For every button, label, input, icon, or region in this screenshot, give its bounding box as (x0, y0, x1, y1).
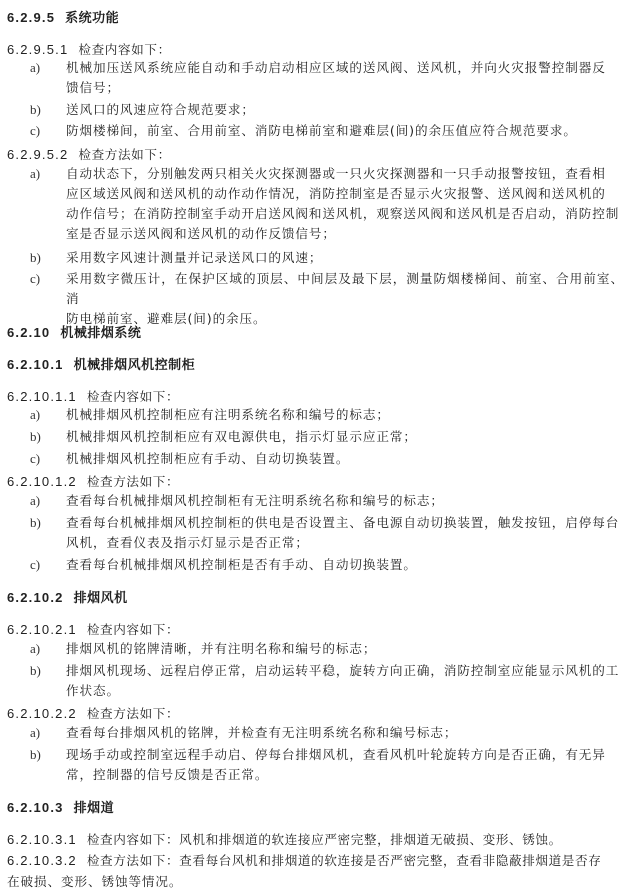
section-title: 检查内容如下： (87, 389, 179, 404)
item-line: 防烟楼梯间，前室、合用前室、消防电梯前室和避难层(间)的余压值应符合规范要求。 (66, 121, 624, 141)
section-text-continuation: 在破损、变形、锈蚀等情况。 (7, 873, 182, 890)
item-text: 防烟楼梯间，前室、合用前室、消防电梯前室和避难层(间)的余压值应符合规范要求。 (66, 121, 624, 141)
section-number: 6.2.10.2 (7, 590, 64, 605)
item-line: 室是否显示送风阀和送风机的动作反馈信号； (66, 224, 624, 244)
section-title: 排烟风机 (74, 591, 128, 606)
item-mark: c) (30, 555, 60, 575)
item-text: 排烟风机的铭牌清晰，并有注明名称和编号的标志； (66, 639, 624, 659)
item-line: 排烟风机的铭牌清晰，并有注明名称和编号的标志； (66, 639, 624, 659)
section-title: 排烟道 (74, 801, 115, 816)
item-text: 送风口的风速应符合规范要求； (66, 100, 624, 120)
item-text: 查看每台排烟风机的铭牌，并检查有无注明系统名称和编号标志； (66, 723, 624, 743)
section-heading-6-2-10-1: 6.2.10.1机械排烟风机控制柜 (7, 356, 195, 373)
subsection-6-2-10-3-1: 6.2.10.3.1检查内容如下：风机和排烟道的软连接应严密完整，排烟道无破损、… (7, 831, 562, 848)
section-number: 6.2.10.1.1 (7, 389, 77, 404)
item-text: 机械加压送风系统应能自动和手动启动相应区域的送风阀、送风机，并向火灾报警控制器反… (66, 58, 624, 98)
item-line: 送风口的风速应符合规范要求； (66, 100, 624, 120)
section-number: 6.2.10.3 (7, 800, 64, 815)
section-number: 6.2.9.5.2 (7, 147, 68, 162)
item-line: 查看每台排烟风机的铭牌，并检查有无注明系统名称和编号标志； (66, 723, 624, 743)
section-number: 6.2.10.3.2 (7, 853, 77, 868)
item-mark: a) (30, 639, 60, 659)
section-number: 6.2.10.2.1 (7, 622, 77, 637)
item-line: 采用数字微压计，在保护区域的顶层、中间层及最下层，测量防烟楼梯间、前室、合用前室… (66, 269, 624, 309)
item-line: 防电梯前室、避难层(间)的余压。 (66, 309, 624, 329)
item-line: 动作信号；在消防控制室手动开启送风阀和送风机，观察送风阀和送风机是否启动，消防控… (66, 204, 624, 224)
item-mark: b) (30, 427, 60, 447)
item-mark: b) (30, 248, 60, 268)
item-line: 馈信号； (66, 78, 624, 98)
section-number: 6.2.10 (7, 325, 50, 340)
item-line: 机械排烟风机控制柜应有双电源供电，指示灯显示应正常； (66, 427, 624, 447)
item-mark: c) (30, 121, 60, 141)
section-number: 6.2.9.5 (7, 10, 55, 25)
item-line: 自动状态下，分别触发两只相关火灾探测器或一只火灾探测器和一只手动报警按钮，查看相 (66, 164, 624, 184)
item-text: 采用数字风速计测量并记录送风口的风速； (66, 248, 624, 268)
item-line: 应区域送风阀和送风机的动作动作情况，消防控制室是否显示火灾报警、送风阀和送风机的 (66, 184, 624, 204)
item-line: 排烟风机现场、远程启停正常，启动运转平稳，旋转方向正确，消防控制室应能显示风机的… (66, 661, 624, 681)
item-line: 作状态。 (66, 681, 624, 701)
item-text: 机械排烟风机控制柜应有手动、自动切换装置。 (66, 449, 624, 469)
item-mark: b) (30, 513, 60, 533)
section-heading-6-2-9-5: 6.2.9.5系统功能 (7, 9, 119, 26)
item-mark: a) (30, 723, 60, 743)
item-mark: b) (30, 661, 60, 681)
item-text: 机械排烟风机控制柜应有注明系统名称和编号的标志； (66, 405, 624, 425)
subsection-6-2-9-5-1: 6.2.9.5.1检查内容如下： (7, 41, 171, 58)
section-number: 6.2.9.5.1 (7, 42, 68, 57)
item-text: 机械排烟风机控制柜应有双电源供电，指示灯显示应正常； (66, 427, 624, 447)
item-mark: a) (30, 491, 60, 511)
subsection-6-2-10-3-2: 6.2.10.3.2检查方法如下：查看每台风机和排烟道的软连接是否严密完整，查看… (7, 852, 601, 869)
section-title: 检查内容如下： (87, 622, 179, 637)
section-number: 6.2.10.2.2 (7, 706, 77, 721)
item-mark: b) (30, 100, 60, 120)
item-mark: b) (30, 745, 60, 765)
section-title: 检查内容如下： (78, 42, 170, 57)
item-text: 查看每台机械排烟风机控制柜是否有手动、自动切换装置。 (66, 555, 624, 575)
subsection-6-2-10-2-2: 6.2.10.2.2检查方法如下： (7, 705, 179, 722)
item-line: 采用数字风速计测量并记录送风口的风速； (66, 248, 624, 268)
section-title: 机械排烟风机控制柜 (74, 358, 196, 373)
item-text: 排烟风机现场、远程启停正常，启动运转平稳，旋转方向正确，消防控制室应能显示风机的… (66, 661, 624, 701)
section-title: 检查方法如下： (78, 147, 170, 162)
item-line: 查看每台机械排烟风机控制柜有无注明系统名称和编号的标志； (66, 491, 624, 511)
section-number: 6.2.10.1.2 (7, 474, 77, 489)
item-mark: a) (30, 58, 60, 78)
item-line: 现场手动或控制室远程手动启、停每台排烟风机，查看风机叶轮旋转方向是否正确，有无异 (66, 745, 624, 765)
item-mark: a) (30, 405, 60, 425)
item-line: 查看每台机械排烟风机控制柜是否有手动、自动切换装置。 (66, 555, 624, 575)
section-number: 6.2.10.3.1 (7, 832, 77, 847)
subsection-6-2-10-2-1: 6.2.10.2.1检查内容如下： (7, 621, 179, 638)
list-item: a) 机械加压送风系统应能自动和手动启动相应区域的送风阀、送风机，并向火灾报警控… (30, 58, 626, 100)
item-text: 自动状态下，分别触发两只相关火灾探测器或一只火灾探测器和一只手动报警按钮，查看相… (66, 164, 624, 244)
item-text: 现场手动或控制室远程手动启、停每台排烟风机，查看风机叶轮旋转方向是否正确，有无异… (66, 745, 624, 785)
section-heading-6-2-10-2: 6.2.10.2排烟风机 (7, 589, 128, 606)
item-line: 机械排烟风机控制柜应有注明系统名称和编号的标志； (66, 405, 624, 425)
section-heading-6-2-10-3: 6.2.10.3排烟道 (7, 799, 114, 816)
subsection-6-2-9-5-2: 6.2.9.5.2检查方法如下： (7, 146, 171, 163)
section-title: 机械排烟系统 (60, 326, 141, 341)
item-text: 采用数字微压计，在保护区域的顶层、中间层及最下层，测量防烟楼梯间、前室、合用前室… (66, 269, 624, 329)
section-text: 检查方法如下：查看每台风机和排烟道的软连接是否严密完整，查看非隐蔽排烟道是否存 (87, 853, 602, 868)
section-title: 检查方法如下： (87, 706, 179, 721)
item-line: 常，控制器的信号反馈是否正常。 (66, 765, 624, 785)
item-mark: c) (30, 449, 60, 469)
item-text: 查看每台机械排烟风机控制柜的供电是否设置主、备电源自动切换装置，触发按钮，启停每… (66, 513, 624, 553)
section-number: 6.2.10.1 (7, 357, 64, 372)
item-line: 查看每台机械排烟风机控制柜的供电是否设置主、备电源自动切换装置，触发按钮，启停每… (66, 513, 624, 533)
section-title: 系统功能 (65, 11, 119, 26)
section-heading-6-2-10: 6.2.10机械排烟系统 (7, 324, 141, 341)
section-text: 检查内容如下：风机和排烟道的软连接应严密完整，排烟道无破损、变形、锈蚀。 (87, 832, 562, 847)
item-line: 机械加压送风系统应能自动和手动启动相应区域的送风阀、送风机，并向火灾报警控制器反 (66, 58, 624, 78)
section-title: 检查方法如下： (87, 474, 179, 489)
subsection-6-2-10-1-2: 6.2.10.1.2检查方法如下： (7, 473, 179, 490)
subsection-6-2-10-1-1: 6.2.10.1.1检查内容如下： (7, 388, 179, 405)
item-text: 查看每台机械排烟风机控制柜有无注明系统名称和编号的标志； (66, 491, 624, 511)
item-line: 机械排烟风机控制柜应有手动、自动切换装置。 (66, 449, 624, 469)
item-mark: c) (30, 269, 60, 289)
item-mark: a) (30, 164, 60, 184)
item-line: 风机，查看仪表及指示灯显示是否正常； (66, 533, 624, 553)
